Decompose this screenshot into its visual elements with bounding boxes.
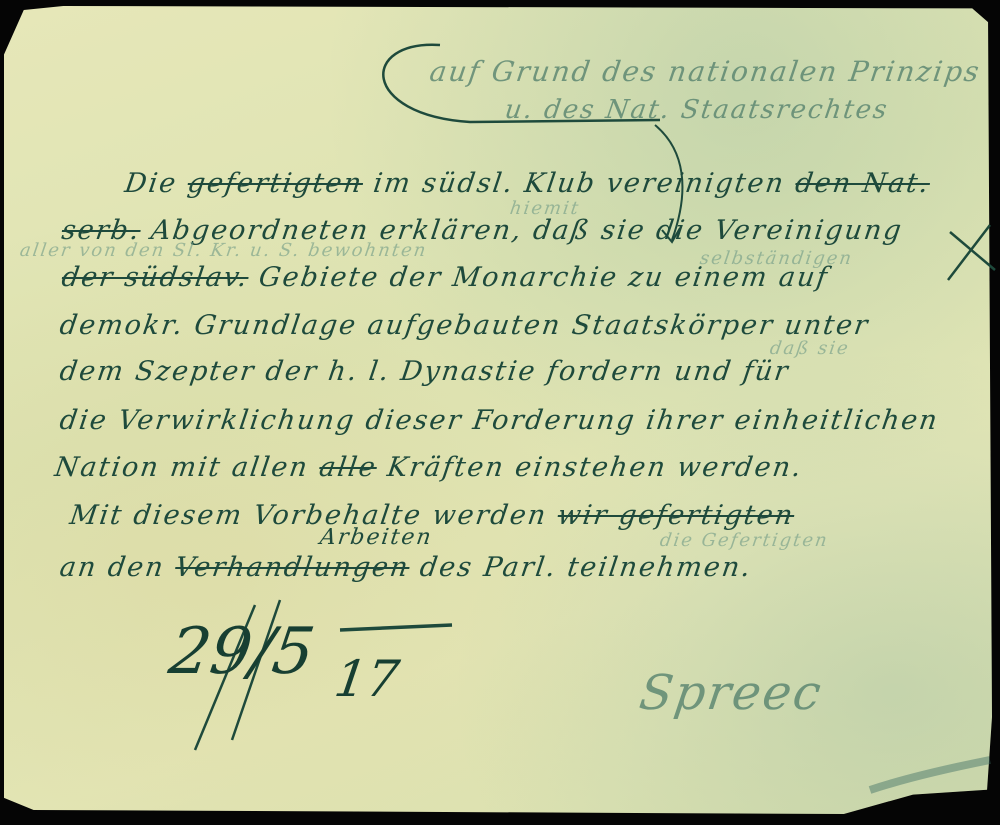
word: Die xyxy=(123,168,180,199)
struck-word: alle xyxy=(317,452,379,483)
struck-word: Verhandlungen xyxy=(173,552,411,583)
annotation-line-2: u. des Nat. Staatsrechtes xyxy=(503,95,891,125)
text-line-7: Nation mit allen alle Kräften einstehen … xyxy=(53,452,805,483)
word: dem Szepter der h. l. Dynastie xyxy=(58,356,539,387)
text-line-5: dem Szepter der h. l. Dynastie fordern u… xyxy=(58,356,792,387)
struck-word: wir gefertigten xyxy=(556,500,797,531)
word: im südsl. Klub vereinigten xyxy=(371,168,787,199)
insert-below: die Gefertigten xyxy=(659,530,831,551)
text-line-9: an den Verhandlungen des Parl. teilnehme… xyxy=(58,552,754,583)
word: fordern und für xyxy=(545,356,792,387)
word: an den xyxy=(58,552,167,583)
word: Gebiete der Monarchie zu einem auf xyxy=(257,262,831,293)
word: Mit diesem Vorbehalte werden xyxy=(68,500,550,531)
text-line-3: der südslav. Gebiete der Monarchie zu ei… xyxy=(60,262,831,293)
struck-word: der südslav. xyxy=(60,262,251,293)
struck-word: den Nat. xyxy=(793,168,932,199)
word: des Parl. teilnehmen. xyxy=(418,552,754,583)
signature: Spreec xyxy=(636,665,826,721)
insert-left: aller von den Sl. Kr. u. S. bewohnten xyxy=(19,240,429,261)
text-line-6: die Verwirklichung dieser Forderung ihre… xyxy=(58,405,941,436)
struck-word: gefertigten xyxy=(186,168,365,199)
date-day-month: 29/5 xyxy=(165,615,319,689)
text-line-4: demokr. Grundlage aufgebauten Staatskörp… xyxy=(58,310,871,341)
date-year: 17 xyxy=(331,650,403,708)
insert-arbeiten: Arbeiten xyxy=(318,525,434,550)
text-line-1: Die gefertigten im südsl. Klub vereinigt… xyxy=(123,168,932,199)
word: Nation mit allen xyxy=(53,452,311,483)
annotation-line-1: auf Grund des nationalen Prinzips xyxy=(428,55,983,88)
word: Kräften einstehen werden. xyxy=(385,452,805,483)
